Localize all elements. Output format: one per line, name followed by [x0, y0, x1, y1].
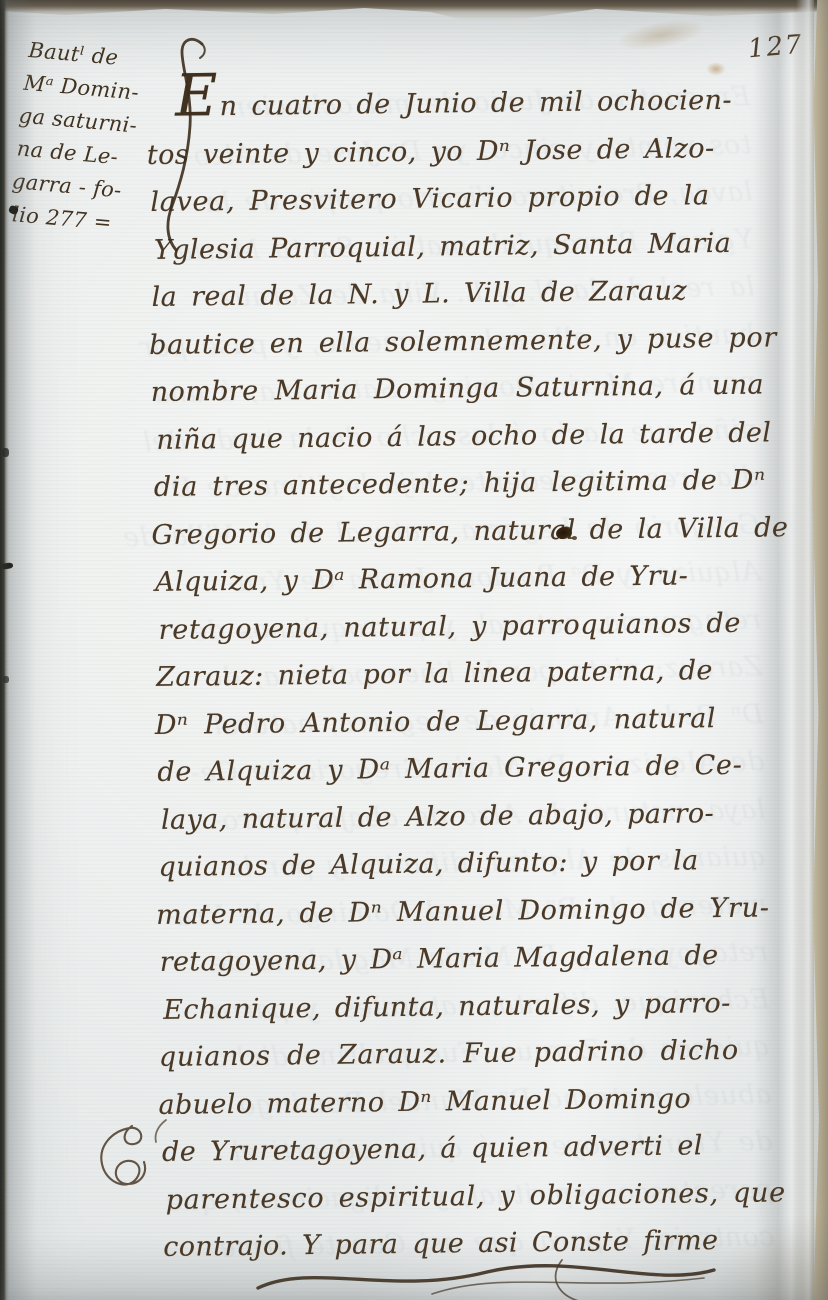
text-line: nombre Maria Dominga Saturnina, á una: [150, 362, 760, 417]
text-line: Alquiza, y Dᵃ Ramona Juana de Yru-: [155, 552, 763, 607]
text-line: de Yruretagoyena, á quien adverti el: [162, 1121, 770, 1176]
text-line: Dⁿ Pedro Antonio de Legarra, natural: [155, 694, 765, 749]
corner-shadow: [708, 1210, 828, 1300]
manuscript-page-scan: En cuatro de Junio de mil ochocien- tos …: [0, 0, 828, 1300]
text-line: la real de la N. y L. Villa de Zarauz: [151, 267, 759, 322]
deckle-edge-right: [796, 0, 814, 1300]
signature-flourish: [252, 1258, 722, 1300]
text-line: laya, natural de Alzo de abajo, parro-: [161, 789, 766, 844]
text-line: de Alquiza y Dᵃ Maria Gregoria de Ce-: [157, 741, 765, 796]
text-line: materna, de Dⁿ Manuel Domingo de Yru-: [156, 884, 767, 939]
text-line: Yglesia Parroquial, matriz, Santa Maria: [154, 219, 759, 274]
margin-brace: [158, 34, 210, 260]
ink-speck: [2, 448, 9, 457]
text-line: dia tres antecedente; hija legitima de D…: [154, 457, 762, 512]
ink-blot-satellite: [572, 536, 577, 540]
ink-speck: [3, 676, 9, 683]
text-line: retagoyena, natural, y parroquianos de: [158, 599, 763, 654]
text-line: Gregorio de Legarra, natural de la Villa…: [151, 504, 762, 559]
text-line: Zarauz: nieta por la linea paterna, de: [156, 647, 764, 702]
text-line: quianos de Zarauz. Fue padrino dicho: [159, 1026, 769, 1081]
stain: [706, 62, 726, 76]
text-line: niña que nacio á las ocho de la tarde de…: [156, 409, 761, 464]
text-line: Echanique, difunta, naturales, y parro-: [163, 979, 768, 1034]
text-line: tos veinte y cinco, yo Dⁿ Jose de Alzo-: [147, 124, 758, 179]
text-line: lavea, Presvitero Vicario propio de la: [150, 172, 758, 227]
margin-flourish: [70, 1118, 185, 1218]
text-line: abuelo materno Dⁿ Manuel Domingo: [158, 1074, 769, 1129]
text-line: quianos de Alquiza, difunto: y por la: [158, 836, 766, 891]
stain: [614, 14, 707, 55]
body-text: En cuatro de Junio de mil ochocien- tos …: [146, 77, 770, 1272]
text-line: retagoyena, y Dᵃ Maria Magdalena de: [159, 931, 767, 986]
margin-note: Bautˡ de Mᵃ Domin- ga saturni- na de Le-…: [13, 34, 180, 244]
text-line: bautice en ella solemnemente, y puse por: [149, 314, 760, 369]
torn-top-edge: [0, 0, 828, 20]
text-line: En cuatro de Junio de mil ochocien-: [149, 77, 757, 132]
gutter-shadow: [6, 0, 36, 1300]
text-line: parentesco espiritual, y obligaciones, q…: [165, 1169, 770, 1224]
